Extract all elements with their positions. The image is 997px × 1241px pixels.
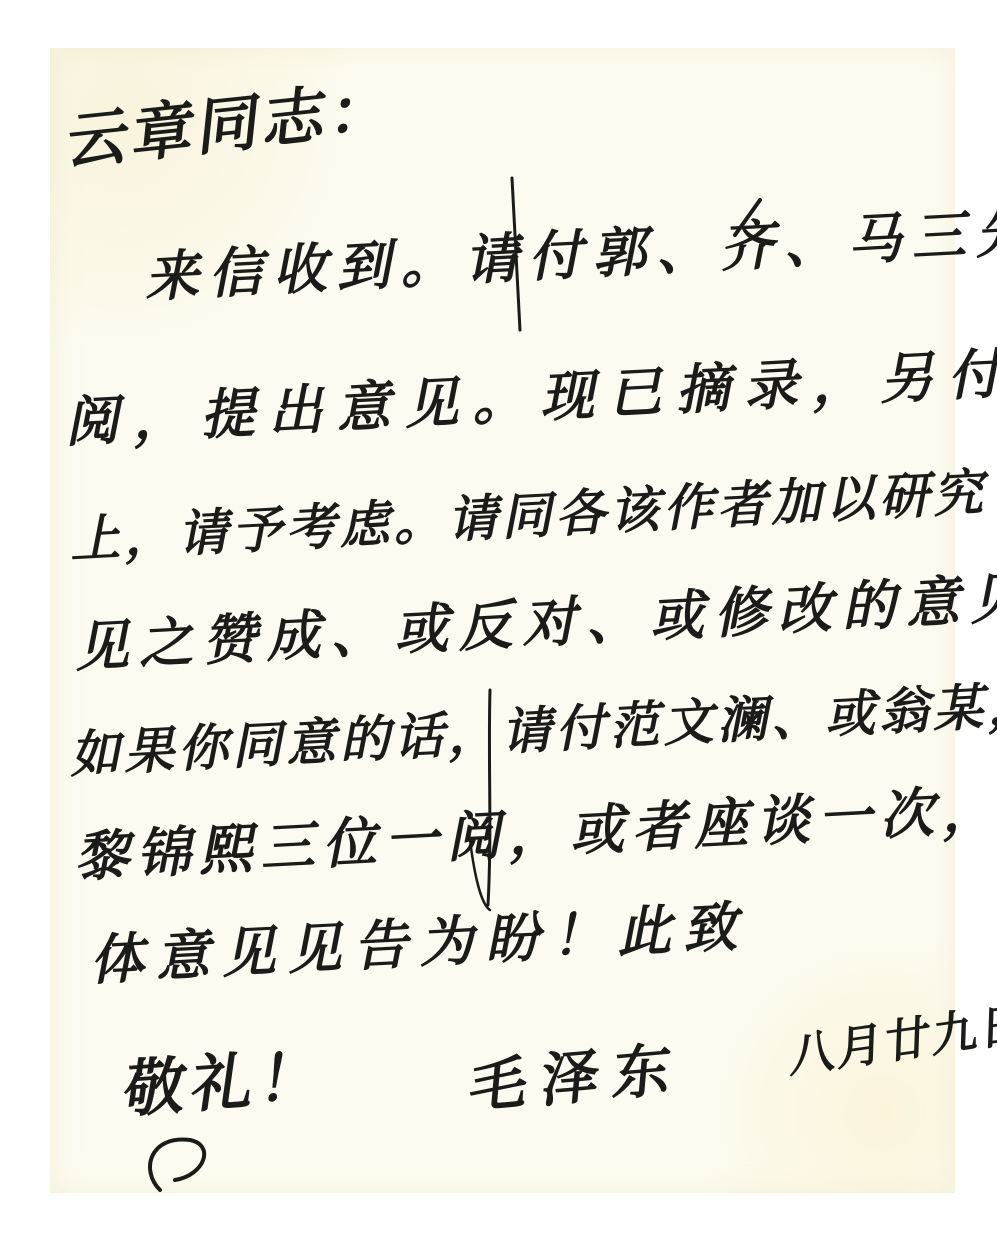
closing-salute: 敬礼！ <box>119 1025 335 1129</box>
